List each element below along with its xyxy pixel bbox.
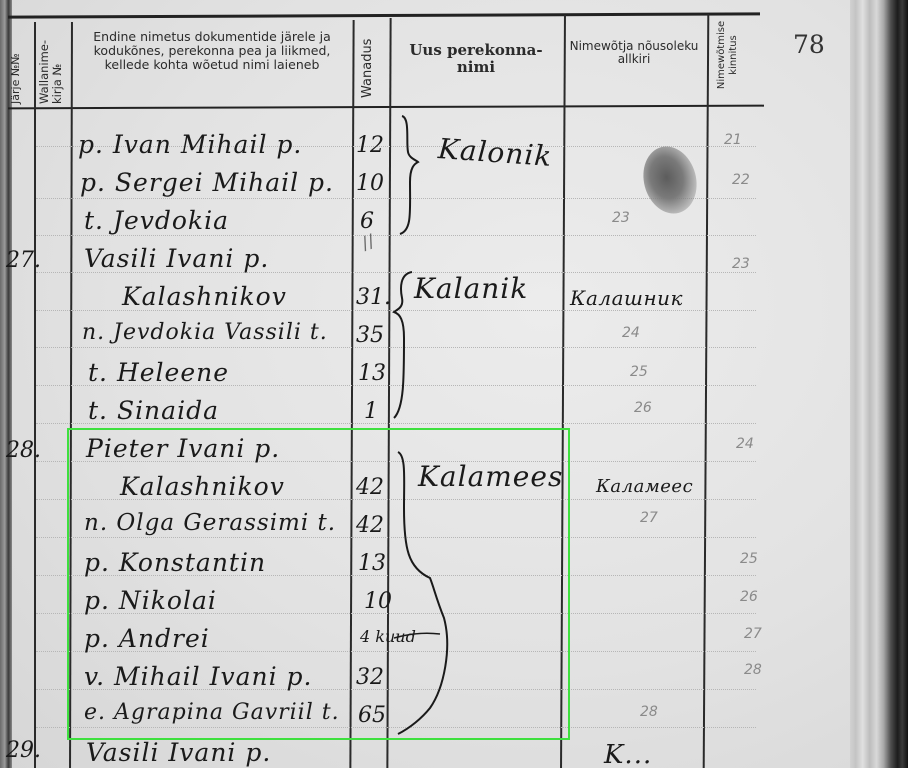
consent-signature: Каламеес xyxy=(596,476,693,497)
person-name: Pieter Ivani p. xyxy=(86,434,280,463)
age-value: 10 xyxy=(356,171,384,196)
new-surname: Kalamees xyxy=(418,460,563,493)
header-confirmation: Nimewõtmise kinnitus xyxy=(716,12,740,98)
col-divider-5 xyxy=(560,15,566,768)
age-value: 10 xyxy=(364,589,392,614)
person-name: t. Sinaida xyxy=(88,396,219,425)
person-name: p. Andrei xyxy=(84,624,210,653)
header-wallanime-text: Wallanime-kirja № xyxy=(38,32,64,104)
age-value: 31. xyxy=(356,285,391,310)
pencil-number: 25 xyxy=(740,551,758,567)
pencil-number: 21 xyxy=(724,132,742,148)
header-new-surname: Uus perekonna-nimi xyxy=(394,42,558,76)
new-surname-partial: K... xyxy=(604,740,652,768)
family-brace-1 xyxy=(392,112,422,242)
person-name: p. Sergei Mihail p. xyxy=(80,168,334,197)
col-divider-3 xyxy=(349,20,354,768)
header-former-name: Endine nimetus dokumentide järele ja kod… xyxy=(74,30,350,72)
new-surname: Kalanik xyxy=(414,272,528,305)
page-number: 78 xyxy=(793,30,825,59)
row-number: 29. xyxy=(6,738,41,763)
col-divider-1 xyxy=(34,22,36,768)
age-value: 1 xyxy=(364,399,378,424)
col-divider-6 xyxy=(703,14,710,768)
new-surname: Kalonik xyxy=(437,132,553,173)
pencil-number: 23 xyxy=(612,210,630,226)
header-row-number: Järje №№ xyxy=(9,53,22,104)
age-value: 42 xyxy=(356,513,384,538)
person-name: t. Heleene xyxy=(88,358,229,387)
pencil-number: 27 xyxy=(640,510,658,526)
book-binding xyxy=(0,0,12,768)
person-name: t. Jevdokia xyxy=(84,206,229,235)
age-value: 13 xyxy=(358,361,386,386)
age-value: 35 xyxy=(356,323,384,348)
age-value: 32 xyxy=(356,665,384,690)
person-name: p. Konstantin xyxy=(84,548,266,577)
fingerprint-stamp xyxy=(636,140,704,219)
consent-signature: Калашник xyxy=(570,286,683,310)
person-name: v. Mihail Ivani p. xyxy=(84,662,313,691)
header-confirmation-text: Nimewõtmise kinnitus xyxy=(716,12,740,98)
person-name: Kalashnikov xyxy=(122,282,287,311)
person-name: e. Agrapina Gavriil t. xyxy=(84,700,340,725)
pencil-number: 27 xyxy=(744,626,762,642)
person-name: Vasili Ivani p. xyxy=(84,244,269,273)
pencil-number: 23 xyxy=(732,256,750,272)
person-name: Vasili Ivani p. xyxy=(86,738,271,767)
pencil-number: 28 xyxy=(744,662,762,678)
age-value: 13 xyxy=(358,551,386,576)
page-edge xyxy=(850,0,908,768)
age-value: 6 xyxy=(360,209,374,234)
header-top-rule xyxy=(8,12,760,18)
pencil-number: 24 xyxy=(736,436,754,452)
row-number: 28. xyxy=(6,438,41,463)
age-value: 42 xyxy=(356,475,384,500)
pencil-number: 24 xyxy=(622,325,640,341)
person-name: n. Jevdokia Vassili t. xyxy=(82,320,328,345)
pencil-number: 28 xyxy=(640,704,658,720)
col-divider-2 xyxy=(69,22,73,768)
person-name: Kalashnikov xyxy=(120,472,285,501)
row-number: 27. xyxy=(6,248,41,273)
age-value: 65 xyxy=(358,703,386,728)
header-wallanime-number: Wallanime-kirja № xyxy=(38,34,64,104)
pencil-number: 26 xyxy=(634,400,652,416)
person-name: p. Nikolai xyxy=(84,586,217,615)
age-value: 12 xyxy=(356,133,384,158)
register-page: Järje №№ Wallanime-kirja № Endine nimetu… xyxy=(0,0,908,768)
pencil-number: 26 xyxy=(740,589,758,605)
person-name: p. Ivan Mihail p. xyxy=(78,130,302,159)
pencil-number: 22 xyxy=(732,172,750,188)
header-age: Wanadus xyxy=(360,39,375,98)
header-bottom-rule xyxy=(8,105,764,110)
header-signature: Nimewõtja nõusoleku allkiri xyxy=(566,40,702,67)
person-name: n. Olga Gerassimi t. xyxy=(84,510,336,536)
pencil-number: 25 xyxy=(630,364,648,380)
